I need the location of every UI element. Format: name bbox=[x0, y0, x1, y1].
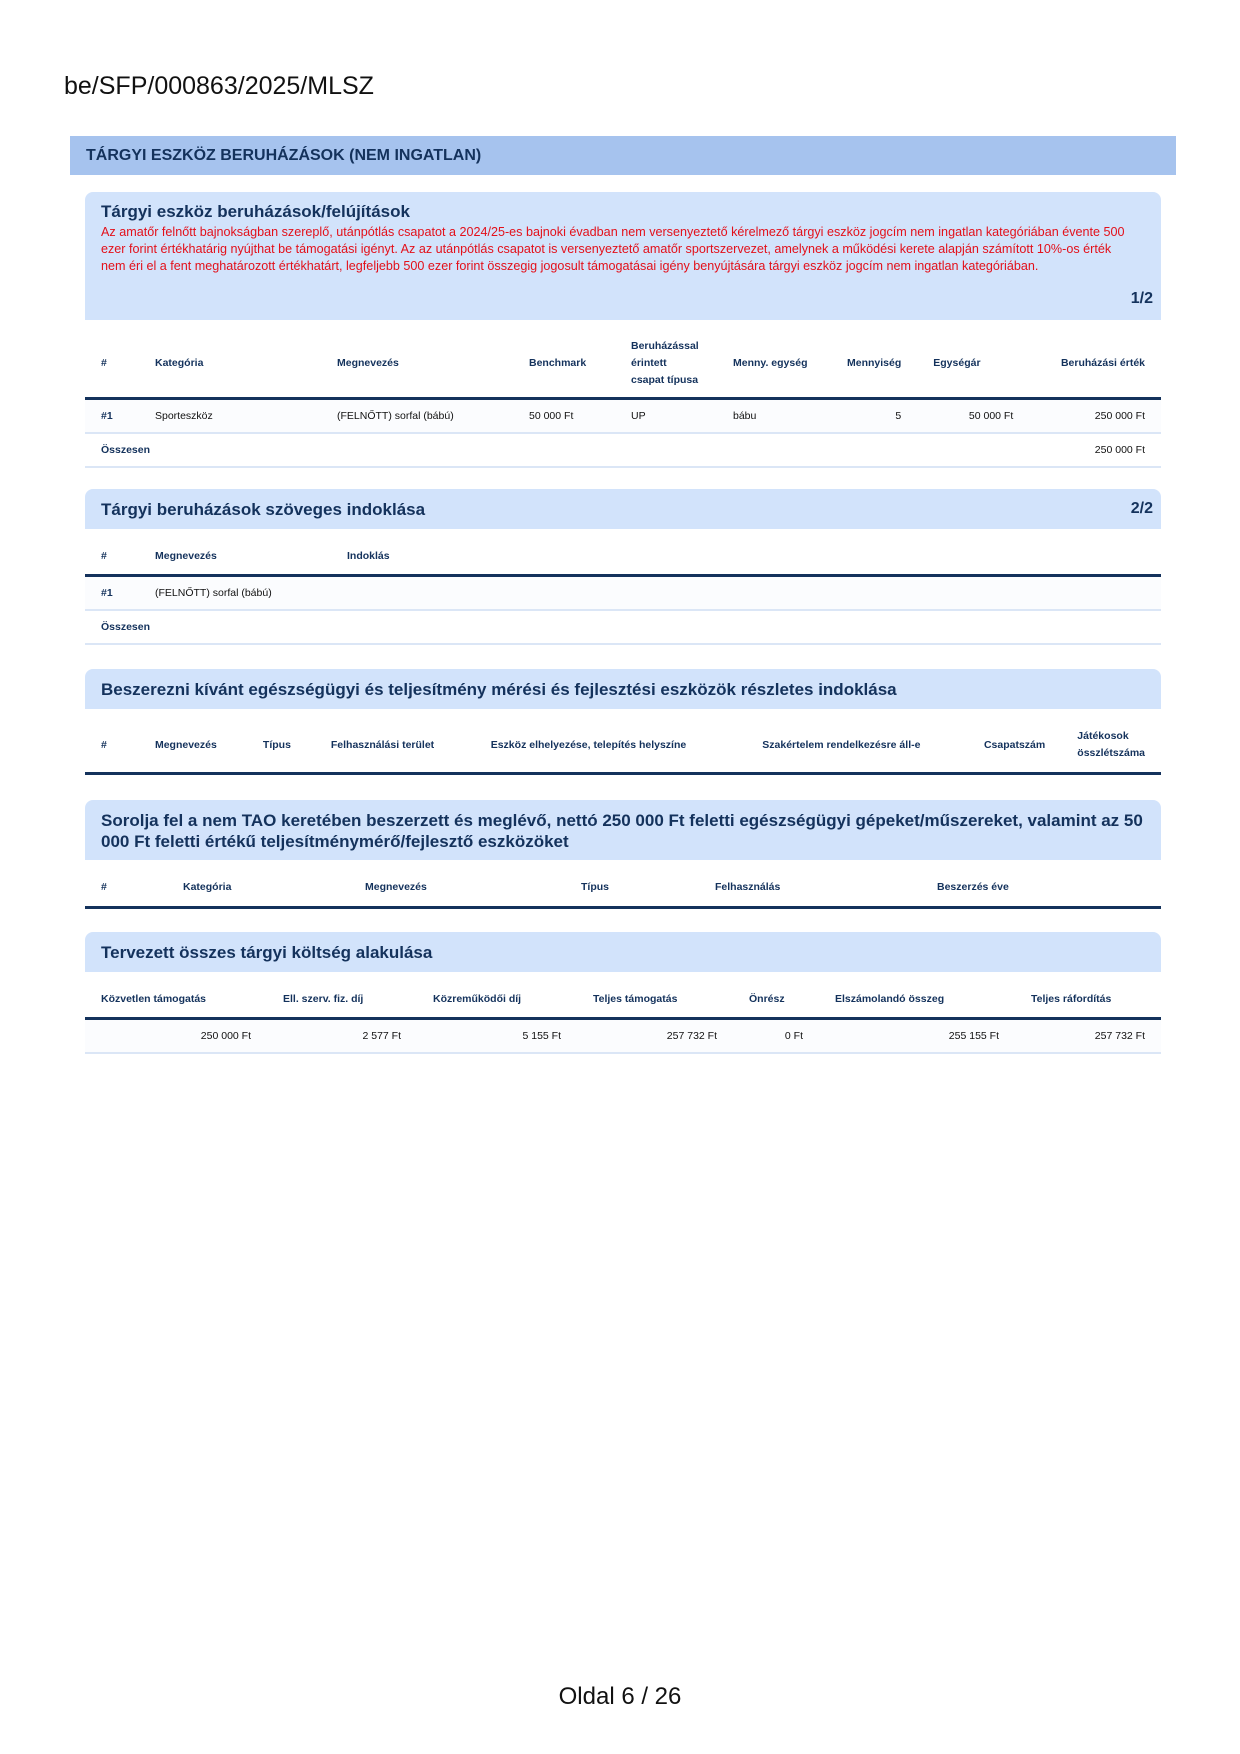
col-header: Benchmark bbox=[513, 330, 615, 398]
section-asset-investments: Tárgyi eszköz beruházások/felújítások Az… bbox=[85, 192, 1161, 468]
col-header: Szakértelem rendelkezésre áll-e bbox=[746, 719, 968, 773]
total-value: 250 000 Ft bbox=[1029, 433, 1161, 467]
col-header: # bbox=[85, 330, 139, 398]
row-id: #1 bbox=[85, 398, 139, 433]
col-header: Felhasználási terület bbox=[315, 719, 475, 773]
table-row: 250 000 Ft 2 577 Ft 5 155 Ft 257 732 Ft … bbox=[85, 1018, 1161, 1053]
row-team-type: UP bbox=[615, 398, 717, 433]
section-title: Tárgyi eszköz beruházások/felújítások bbox=[101, 202, 1145, 222]
col-header: # bbox=[85, 539, 139, 575]
col-header: Önrész bbox=[733, 982, 819, 1018]
total-row: Összesen 250 000 Ft bbox=[85, 433, 1161, 467]
row-unit-price: 50 000 Ft bbox=[917, 398, 1029, 433]
section-header: Tárgyi beruházások szöveges indoklása 2/… bbox=[85, 489, 1161, 529]
value-contributor-fee: 5 155 Ft bbox=[417, 1018, 577, 1053]
table-row: #1 Sporteszköz (FELNŐTT) sorfal (bábú) 5… bbox=[85, 398, 1161, 433]
total-label: Összesen bbox=[85, 610, 1161, 644]
col-header: Megnevezés bbox=[139, 539, 331, 575]
row-value: 250 000 Ft bbox=[1029, 398, 1161, 433]
section-header: Beszerezni kívánt egészségügyi és teljes… bbox=[85, 669, 1161, 709]
col-header: Egységár bbox=[917, 330, 1029, 398]
table-row: #1 (FELNŐTT) sorfal (bábú) bbox=[85, 575, 1161, 610]
col-header: # bbox=[85, 719, 139, 773]
col-header: Eszköz elhelyezése, telepítés helyszíne bbox=[475, 719, 747, 773]
col-header: Csapatszám bbox=[968, 719, 1061, 773]
col-header: Mennyiség bbox=[831, 330, 917, 398]
row-category: Sporteszköz bbox=[139, 398, 321, 433]
col-header: Típus bbox=[565, 870, 699, 907]
cost-summary-table: Közvetlen támogatás Ell. szerv. fiz. díj… bbox=[85, 982, 1161, 1054]
section-header: Tárgyi eszköz beruházások/felújítások Az… bbox=[85, 192, 1161, 320]
section-pager: 2/2 bbox=[1131, 500, 1153, 518]
col-header: Teljes támogatás bbox=[577, 982, 733, 1018]
document-id: be/SFP/000863/2025/MLSZ bbox=[64, 72, 374, 101]
value-control-fee: 2 577 Ft bbox=[267, 1018, 417, 1053]
col-header: # bbox=[85, 870, 167, 907]
health-equipment-table: # Megnevezés Típus Felhasználási terület… bbox=[85, 719, 1161, 775]
row-benchmark: 50 000 Ft bbox=[513, 398, 615, 433]
section-health-equipment: Beszerezni kívánt egészségügyi és teljes… bbox=[85, 669, 1161, 775]
col-header: Teljes ráfordítás bbox=[1015, 982, 1161, 1018]
section-existing-equipment: Sorolja fel a nem TAO keretében beszerze… bbox=[85, 800, 1161, 909]
col-header: Indoklás bbox=[331, 539, 1161, 575]
value-own-contribution: 0 Ft bbox=[733, 1018, 819, 1053]
col-header: Közreműködői díj bbox=[417, 982, 577, 1018]
value-accountable-amount: 255 155 Ft bbox=[819, 1018, 1015, 1053]
col-header: Kategória bbox=[167, 870, 349, 907]
section-title: Tárgyi beruházások szöveges indoklása bbox=[101, 499, 1145, 521]
col-header: Játékosok összlétszáma bbox=[1061, 719, 1161, 773]
row-name: (FELNŐTT) sorfal (bábú) bbox=[139, 575, 331, 610]
section-header: Sorolja fel a nem TAO keretében beszerze… bbox=[85, 800, 1161, 860]
col-header: Beruházással érintett csapat típusa bbox=[615, 330, 717, 398]
row-unit: bábu bbox=[717, 398, 831, 433]
col-header: Ell. szerv. fiz. díj bbox=[267, 982, 417, 1018]
section-description: Az amatőr felnőtt bajnokságban szereplő,… bbox=[101, 224, 1145, 275]
col-header: Beszerzés éve bbox=[921, 870, 1161, 907]
justification-table: # Megnevezés Indoklás #1 (FELNŐTT) sorfa… bbox=[85, 539, 1161, 645]
row-id: #1 bbox=[85, 575, 139, 610]
row-name: (FELNŐTT) sorfal (bábú) bbox=[321, 398, 513, 433]
col-header: Közvetlen támogatás bbox=[85, 982, 267, 1018]
col-header: Menny. egység bbox=[717, 330, 831, 398]
col-header: Megnevezés bbox=[321, 330, 513, 398]
asset-investments-table: # Kategória Megnevezés Benchmark Beruház… bbox=[85, 330, 1161, 468]
col-header: Felhasználás bbox=[699, 870, 921, 907]
value-total-support: 257 732 Ft bbox=[577, 1018, 733, 1053]
row-reason bbox=[331, 575, 1161, 610]
value-total-expenditure: 257 732 Ft bbox=[1015, 1018, 1161, 1053]
col-header: Megnevezés bbox=[349, 870, 565, 907]
section-title: Sorolja fel a nem TAO keretében beszerze… bbox=[101, 810, 1145, 852]
section-cost-summary: Tervezett összes tárgyi költség alakulás… bbox=[85, 932, 1161, 1054]
col-header: Beruházási érték bbox=[1029, 330, 1161, 398]
value-direct-support: 250 000 Ft bbox=[85, 1018, 267, 1053]
col-header: Kategória bbox=[139, 330, 321, 398]
existing-equipment-table: # Kategória Megnevezés Típus Felhasználá… bbox=[85, 870, 1161, 909]
section-title: Tervezett összes tárgyi költség alakulás… bbox=[101, 942, 1145, 964]
section-header: Tervezett összes tárgyi költség alakulás… bbox=[85, 932, 1161, 972]
total-row: Összesen bbox=[85, 610, 1161, 644]
row-quantity: 5 bbox=[831, 398, 917, 433]
section-title: Beszerezni kívánt egészségügyi és teljes… bbox=[101, 679, 1145, 701]
section-text-justification: Tárgyi beruházások szöveges indoklása 2/… bbox=[85, 489, 1161, 645]
section-pager: 1/2 bbox=[1131, 290, 1153, 308]
col-header: Elszámolandó összeg bbox=[819, 982, 1015, 1018]
total-label: Összesen bbox=[85, 433, 1029, 467]
col-header: Megnevezés bbox=[139, 719, 247, 773]
page-number: Oldal 6 / 26 bbox=[0, 1683, 1240, 1711]
main-section-banner: TÁRGYI ESZKÖZ BERUHÁZÁSOK (NEM INGATLAN) bbox=[70, 136, 1176, 175]
col-header: Típus bbox=[247, 719, 315, 773]
